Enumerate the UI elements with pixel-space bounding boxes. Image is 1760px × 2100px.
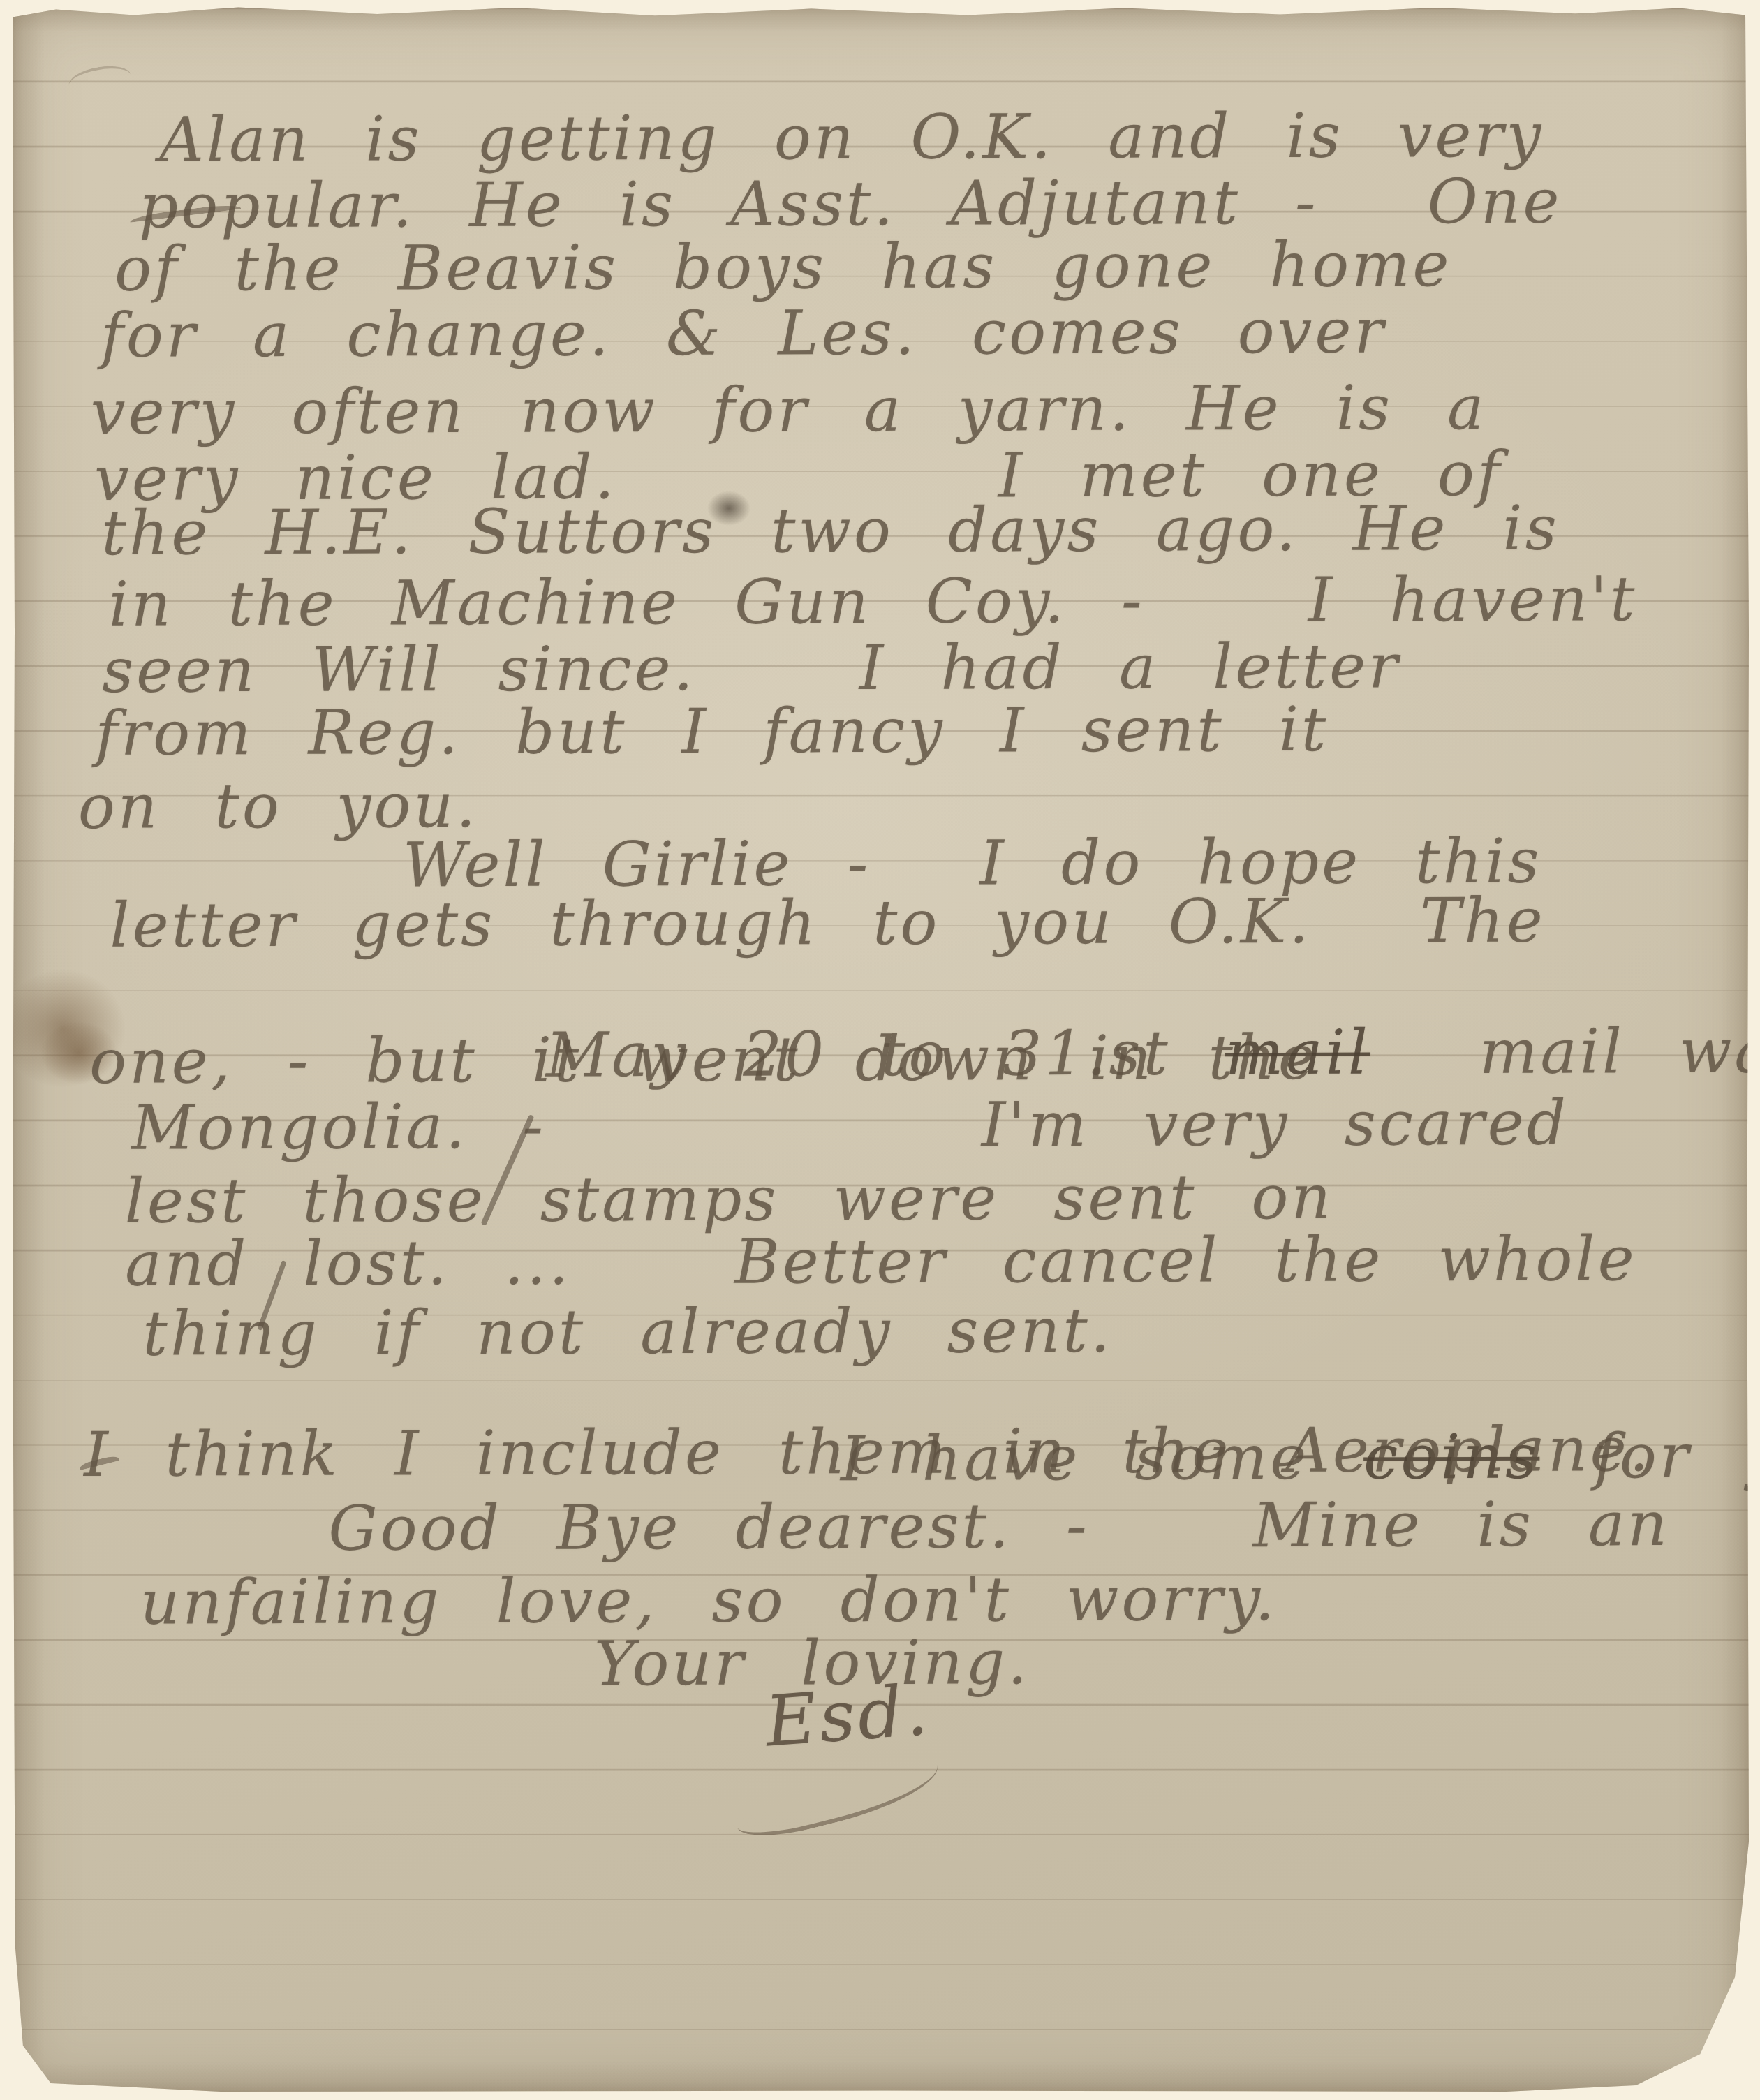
handwritten-line-16: Mongolia. - I'm very scared [131,1093,1569,1159]
handwritten-line-9: seen Will since. I had a letter [102,635,1401,701]
handwritten-line-1: Alan is getting on O.K. and is very [159,105,1544,171]
handwriting-layer: Alan is getting on O.K. and is very popu… [9,3,1752,2095]
handwritten-line-19: thing if not already sent. [142,1300,1113,1365]
letter-page: Alan is getting on O.K. and is very popu… [13,6,1749,2092]
scan-background: Alan is getting on O.K. and is very popu… [0,0,1760,2100]
handwritten-line-7: the H.E. Suttors two days ago. He is [101,498,1560,564]
handwritten-line-18: and lost. ... Better cancel the whole [125,1228,1637,1295]
signature: Esd. [763,1676,933,1757]
handwritten-line-21: I think I include them in the Aeroplane. [84,1419,1652,1486]
line-14-post: mail was a very hefty [1370,1013,1760,1088]
handwritten-line-10: from Reg. but I fancy I sent it [95,699,1329,764]
handwritten-line-3: of the Beavis boys has gone home [114,234,1452,300]
handwritten-line-8: in the Machine Gun Coy. - I haven't [109,568,1638,635]
handwritten-line-17: lest those stamps were sent on [125,1167,1334,1232]
handwritten-line-4: for a change. & Les. comes over [101,300,1386,366]
handwritten-line-13: letter gets through to you O.K. The [110,890,1546,956]
handwritten-line-2: popular. He is Asst. Adjutant - One [139,171,1562,237]
handwritten-line-22: Good Bye dearest. - Mine is an [328,1493,1670,1560]
handwritten-line-15: one, - but it went down in the [89,1027,1317,1093]
handwritten-line-23: unfailing love, so don't worry. [140,1568,1278,1634]
handwritten-line-5: very often now for a yarn. He is a [91,377,1487,443]
